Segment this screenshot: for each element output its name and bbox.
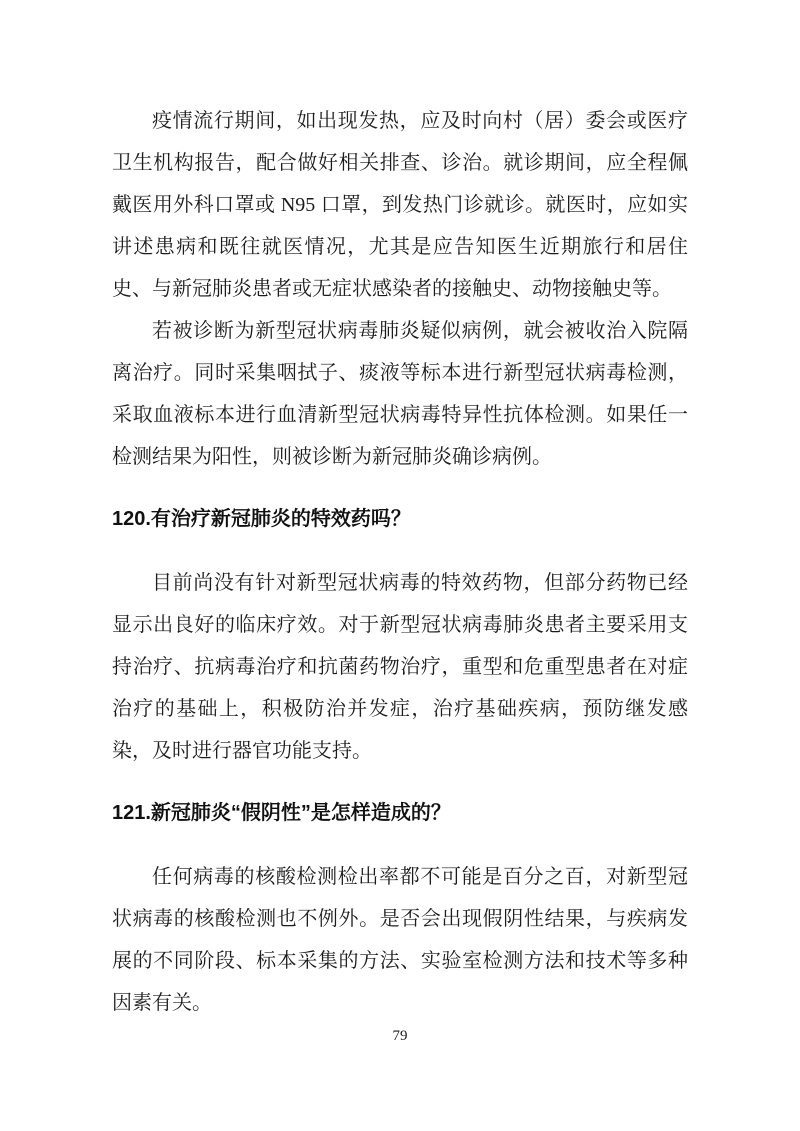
- continued-answer-paragraph-2: 若被诊断为新型冠状病毒肺炎疑似病例，就会被收治入院隔离治疗。同时采集咽拭子、痰液…: [112, 310, 688, 478]
- page-number: 79: [0, 1026, 800, 1046]
- question-121-answer-paragraph: 任何病毒的核酸检测检出率都不可能是百分之百，对新型冠状病毒的核酸检测也不例外。是…: [112, 856, 688, 1024]
- page-content: 疫情流行期间，如出现发热，应及时向村（居）委会或医疗卫生机构报告，配合做好相关排…: [112, 100, 688, 1024]
- question-120-answer-paragraph: 目前尚没有针对新型冠状病毒的特效药物，但部分药物已经显示出良好的临床疗效。对于新…: [112, 562, 688, 772]
- question-121-heading: 121.新冠肺炎“假阴性”是怎样造成的？: [112, 792, 688, 834]
- continued-answer-paragraph-1: 疫情流行期间，如出现发热，应及时向村（居）委会或医疗卫生机构报告，配合做好相关排…: [112, 100, 688, 310]
- question-120-heading: 120.有治疗新冠肺炎的特效药吗？: [112, 498, 688, 540]
- document-page: 疫情流行期间，如出现发热，应及时向村（居）委会或医疗卫生机构报告，配合做好相关排…: [0, 0, 800, 1131]
